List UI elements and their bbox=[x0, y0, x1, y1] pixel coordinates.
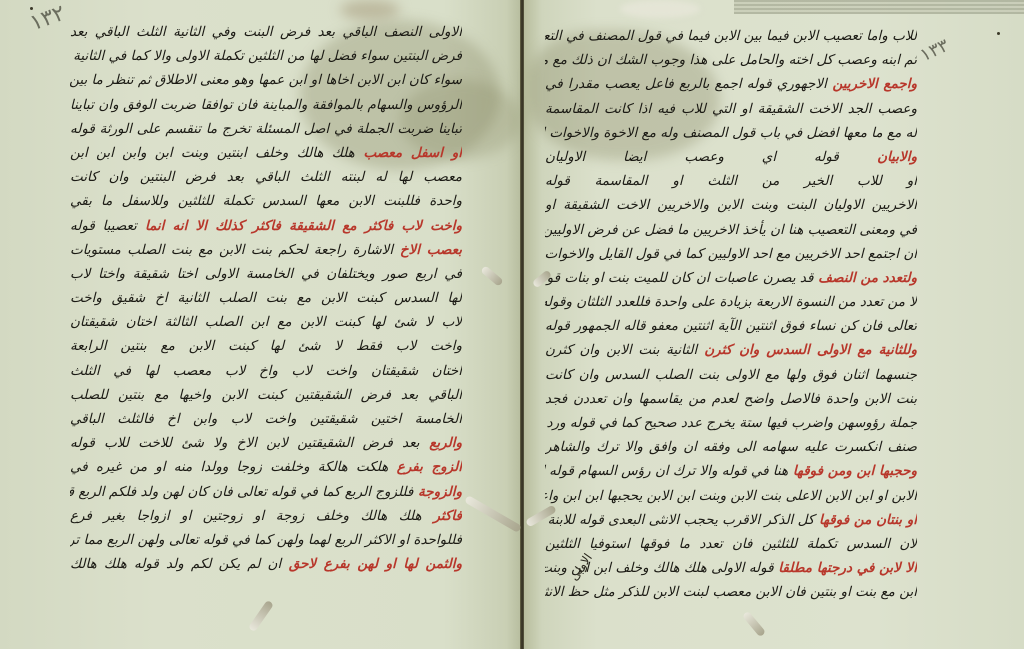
body-text: هلك هالك bbox=[70, 556, 134, 572]
rubric-text: واجمع الاخريين bbox=[827, 76, 917, 92]
manuscript-line: او بنتان من فوقها كل الذكر الاقرب يحجب ا… bbox=[545, 508, 917, 532]
rubric-text: ولتعدد من النصف bbox=[813, 270, 917, 286]
rubric-text: والربع bbox=[420, 435, 463, 451]
manuscript-line: صنف انكسرت عليه سهامه الى وفقه ان وافق و… bbox=[545, 435, 917, 459]
body-text: هلك هالك وخلف زوجة او زوجتين او ازواجا ب… bbox=[70, 508, 422, 524]
rubric-text: فاكثر bbox=[422, 508, 462, 524]
body-text: هلكت هالكة وخلفت زوجا وولدا منه او من غي… bbox=[70, 459, 388, 475]
rubric-text: وللثانية مع الاولى السدس وان كثرن bbox=[697, 342, 917, 358]
manuscript-line: لها السدس كبنت الابن مع بنت الصلب الثاني… bbox=[70, 286, 462, 310]
left-page-text: الاولى النصف الباقي بعد فرض البنت وفي ال… bbox=[70, 20, 462, 576]
body-text: فرض البنتين سواء فضل لها من الثلثين تكمل… bbox=[70, 48, 462, 64]
manuscript-line: وحجبها ابن ومن فوقها هنا في قوله والا تر… bbox=[545, 459, 917, 483]
body-text: في اربع صور ويختلفان في الخامسة الاولى ا… bbox=[70, 266, 462, 282]
rubric-text: والثمن لها او لهن بفرع لاحق bbox=[281, 556, 462, 572]
body-text: لها السدس كبنت الابن مع بنت الصلب الثاني… bbox=[70, 290, 462, 306]
body-text: الاولى النصف الباقي بعد فرض البنت وفي ال… bbox=[70, 24, 462, 40]
manuscript-line: واخت لاب فقط لا شئ لها كبنت الابن مع بنت… bbox=[70, 334, 462, 358]
ink-speck bbox=[997, 32, 1000, 35]
body-text: فللواحدة او الاكثر الربع لهما ولهن كما ف… bbox=[70, 532, 462, 548]
body-text: جملة رؤوسهن واضرب فيها ستة يخرج عدد صحيح… bbox=[545, 415, 917, 431]
manuscript-line: والابيان قوله اي وعصب ايضا الاوليان bbox=[545, 145, 917, 169]
body-text: لا من تعدد من النسوة الاربعة بزيادة على … bbox=[545, 294, 917, 310]
body-text: قد يصرن عاصبات ان كان للميت بنت او بنات … bbox=[545, 270, 813, 286]
manuscript-line: جنسهما اثنان فوق ولها مع الاولى بنت الصل… bbox=[545, 363, 917, 387]
manuscript-spread: ١٣٢ ١٣٣ الاولى النصف الباقي بعد فرض البن… bbox=[0, 0, 1024, 649]
body-text: او للاب الخير من الثلث او المقاسمة قوله bbox=[545, 173, 917, 189]
body-text: ابن مع بنت او بنتين فان الابن معصب لبنت … bbox=[545, 584, 917, 600]
body-text: قوله bbox=[749, 560, 774, 576]
manuscript-line: ولتعدد من النصف قد يصرن عاصبات ان كان لل… bbox=[545, 266, 917, 290]
manuscript-line: جملة رؤوسهن واضرب فيها ستة يخرج عدد صحيح… bbox=[545, 411, 917, 435]
body-text: بعد فرض الشقيقتين لابن الاخ ولا شئ للاخت… bbox=[70, 435, 420, 451]
rubric-text: او بنتان من فوقها bbox=[814, 512, 917, 528]
body-text: بنت الابن واحدة فالاصل واضح لعدم من يقاس… bbox=[545, 391, 917, 407]
body-text: اجمع بالربع فاعل يعصب مقدرا في bbox=[545, 76, 747, 92]
manuscript-line: الزوج بفرع هلكت هالكة وخلفت زوجا وولدا م… bbox=[70, 455, 462, 479]
rubric-text: بعصب الاخ bbox=[393, 242, 462, 258]
manuscript-line: الباقي بعد فرض الشقيقتين كبنت الابن واخي… bbox=[70, 383, 462, 407]
manuscript-line: فاكثر هلك هالك وخلف زوجة او زوجتين او از… bbox=[70, 504, 462, 528]
body-text: قوله bbox=[814, 149, 839, 165]
manuscript-line: الخامسة اختين شقيقتين واخت لاب وابن اخ ف… bbox=[70, 407, 462, 431]
manuscript-line: للاب واما تعصيب الابن فيما بين الابن فيم… bbox=[545, 24, 917, 48]
book-spine bbox=[520, 0, 524, 649]
manuscript-line: وعصب الجد الاخت الشقيقة او التي للاب فيه… bbox=[545, 97, 917, 121]
body-text: هلك هالك وخلف ابنتين وبنت ابن وابن ابن ا… bbox=[70, 145, 355, 161]
body-text: ان لم يكن لكم ولد قوله bbox=[134, 556, 281, 572]
body-text: واحدة فللبنت الابن معها السدس تكملة للثل… bbox=[70, 193, 462, 209]
manuscript-line: الا لابن في درجتها مطلقا قوله الاولى هلك… bbox=[545, 556, 917, 580]
manuscript-line: وللثانية مع الاولى السدس وان كثرن الثاني… bbox=[545, 338, 917, 362]
body-text: واخت لاب فقط لا شئ لها كبنت الابن مع بنت… bbox=[70, 338, 462, 354]
manuscript-line: واخت لاب فاكثر مع الشقيقة فاكثر كذلك الا… bbox=[70, 214, 462, 238]
manuscript-line: بنت الابن واحدة فالاصل واضح لعدم من يقاس… bbox=[545, 387, 917, 411]
manuscript-line: سواء كان ابن الابن اخاها او ابن عمها وهو… bbox=[70, 68, 462, 92]
body-text: تعصيبا قوله bbox=[70, 218, 137, 234]
body-text: ثم ابنه وعصب كل اخته والحامل على هذا وجو… bbox=[545, 52, 917, 68]
body-text: اختان شقيقتان واخت لاب واخ لاب معصب لها … bbox=[70, 363, 462, 379]
manuscript-line: او اسفل معصب هلك هالك وخلف ابنتين وبنت ا… bbox=[70, 141, 462, 165]
body-text: اي وعصب ايضا الاوليان bbox=[545, 149, 814, 165]
body-text: سواء كان ابن الابن اخاها او ابن عمها وهو… bbox=[70, 72, 462, 88]
manuscript-line: معصب لها له لبنته الثلث الباقي بعد فرض ا… bbox=[70, 165, 462, 189]
manuscript-line: او للاب الخير من الثلث او المقاسمة قوله bbox=[545, 169, 917, 193]
manuscript-line: والزوجة فللزوج الربع كما في قوله تعالى ف… bbox=[70, 480, 462, 504]
manuscript-line: اختان شقيقتان واخت لاب واخ لاب معصب لها … bbox=[70, 359, 462, 383]
manuscript-line: واحدة فللبنت الابن معها السدس تكملة للثل… bbox=[70, 189, 462, 213]
body-text: لاب لا شئ لها كبنت الابن مع ابن الصلب ال… bbox=[70, 314, 462, 330]
body-text: الخامسة اختين شقيقتين واخت لاب وابن اخ ف… bbox=[70, 411, 462, 427]
body-text: له مع ما معها افضل في باب قول المصنف وله… bbox=[545, 125, 917, 141]
tab-shadow bbox=[340, 0, 400, 20]
manuscript-line: لان السدس تكملة للثلثين فان تعدد ما فوقه… bbox=[545, 532, 917, 556]
manuscript-line: الابن او ابن الابن الاعلى بنت الابن وبنت… bbox=[545, 484, 917, 508]
rubric-text: الا لابن في درجتها مطلقا bbox=[774, 560, 917, 576]
body-text: الثانية بنت الابن وان كثرن bbox=[545, 342, 697, 358]
body-text: الابن او ابن الابن الاعلى بنت الابن وبنت… bbox=[545, 488, 917, 504]
page-stack-edge bbox=[734, 0, 1024, 14]
rubric-text: وحجبها ابن ومن فوقها bbox=[788, 463, 917, 479]
manuscript-line: في اربع صور ويختلفان في الخامسة الاولى ا… bbox=[70, 262, 462, 286]
manuscript-line: في ومعنى التعصيب هنا ان يأخذ الاخريين ما… bbox=[545, 218, 917, 242]
manuscript-line: لاب لا شئ لها كبنت الابن مع ابن الصلب ال… bbox=[70, 310, 462, 334]
rubric-text: او اسفل معصب bbox=[355, 145, 462, 161]
ink-speck bbox=[30, 7, 33, 10]
body-text: ان اجتمع احد الاخريين مع احد الاوليين كم… bbox=[545, 246, 917, 262]
body-text: للاب واما تعصيب الابن فيما بين الابن فيم… bbox=[545, 28, 917, 44]
body-text: الباقي بعد فرض الشقيقتين كبنت الابن واخي… bbox=[70, 387, 462, 403]
manuscript-line: فرض البنتين سواء فضل لها من الثلثين تكمل… bbox=[70, 44, 462, 68]
manuscript-line: الاولى النصف الباقي بعد فرض البنت وفي ال… bbox=[70, 20, 462, 44]
manuscript-line: فللواحدة او الاكثر الربع لهما ولهن كما ف… bbox=[70, 528, 462, 552]
rubric-text: والابيان bbox=[839, 149, 917, 165]
body-text: الاخريين الاوليان البنت وبنت الابن والاخ… bbox=[545, 197, 917, 213]
body-text: فللزوج الربع كما في قوله تعالى فان كان ل… bbox=[70, 484, 413, 500]
manuscript-line: ابن مع بنت او بنتين فان الابن معصب لبنت … bbox=[545, 580, 917, 604]
rubric-text: الزوج بفرع bbox=[388, 459, 462, 475]
manuscript-line: الاخريين الاوليان البنت وبنت الابن والاخ… bbox=[545, 193, 917, 217]
body-text: جنسهما اثنان فوق ولها مع الاولى بنت الصل… bbox=[545, 367, 917, 383]
tab-shadow bbox=[620, 0, 700, 18]
manuscript-line: واجمع الاخريين الاجهوري قوله اجمع بالربع… bbox=[545, 72, 917, 96]
body-text: لان السدس تكملة للثلثين فان تعدد ما فوقه… bbox=[545, 536, 917, 552]
manuscript-line: ثم ابنه وعصب كل اخته والحامل على هذا وجو… bbox=[545, 48, 917, 72]
body-text: معصب لها له لبنته الثلث الباقي بعد فرض ا… bbox=[70, 169, 462, 185]
manuscript-line: تباينا ضربت الجملة في اصل المسئلة تخرج م… bbox=[70, 117, 462, 141]
body-text: في ومعنى التعصيب هنا ان يأخذ الاخريين ما… bbox=[545, 222, 917, 238]
body-text: تعالى فان كن نساء فوق اثنتين الآية اثنتي… bbox=[545, 318, 917, 334]
body-text: وعصب الجد الاخت الشقيقة او التي للاب فيه… bbox=[545, 101, 917, 117]
body-text: هنا في قوله والا ترك ان رؤس السهام قوله bbox=[549, 463, 788, 479]
body-text: كل الذكر الاقرب يحجب الانثى البعدى قوله bbox=[579, 512, 814, 528]
manuscript-line: والربع بعد فرض الشقيقتين لابن الاخ ولا ش… bbox=[70, 431, 462, 455]
rubric-text: والزوجة bbox=[413, 484, 462, 500]
manuscript-line: تعالى فان كن نساء فوق اثنتين الآية اثنتي… bbox=[545, 314, 917, 338]
manuscript-line: له مع ما معها افضل في باب قول المصنف وله… bbox=[545, 121, 917, 145]
body-text: تباينا ضربت الجملة في اصل المسئلة تخرج م… bbox=[70, 121, 462, 137]
manuscript-line: والثمن لها او لهن بفرع لاحق ان لم يكن لك… bbox=[70, 552, 462, 576]
manuscript-line: بعصب الاخ الاشارة راجعة لحكم بنت الابن م… bbox=[70, 238, 462, 262]
manuscript-line: الرؤوس والسهام بالموافقة والمباينة فان ت… bbox=[70, 93, 462, 117]
right-page-text: للاب واما تعصيب الابن فيما بين الابن فيم… bbox=[545, 24, 917, 605]
body-text: الاشارة راجعة لحكم بنت الابن مع بنت الصل… bbox=[70, 242, 393, 258]
body-text: صنف انكسرت عليه سهامه الى وفقه ان وافق و… bbox=[545, 439, 917, 455]
manuscript-line: ان اجتمع احد الاخريين مع احد الاوليين كم… bbox=[545, 242, 917, 266]
body-text: الرؤوس والسهام بالموافقة والمباينة فان ت… bbox=[70, 97, 462, 113]
manuscript-line: لا من تعدد من النسوة الاربعة بزيادة على … bbox=[545, 290, 917, 314]
body-text: الاجهوري قوله bbox=[747, 76, 827, 92]
rubric-text: واخت لاب فاكثر مع الشقيقة فاكثر كذلك الا… bbox=[137, 218, 462, 234]
